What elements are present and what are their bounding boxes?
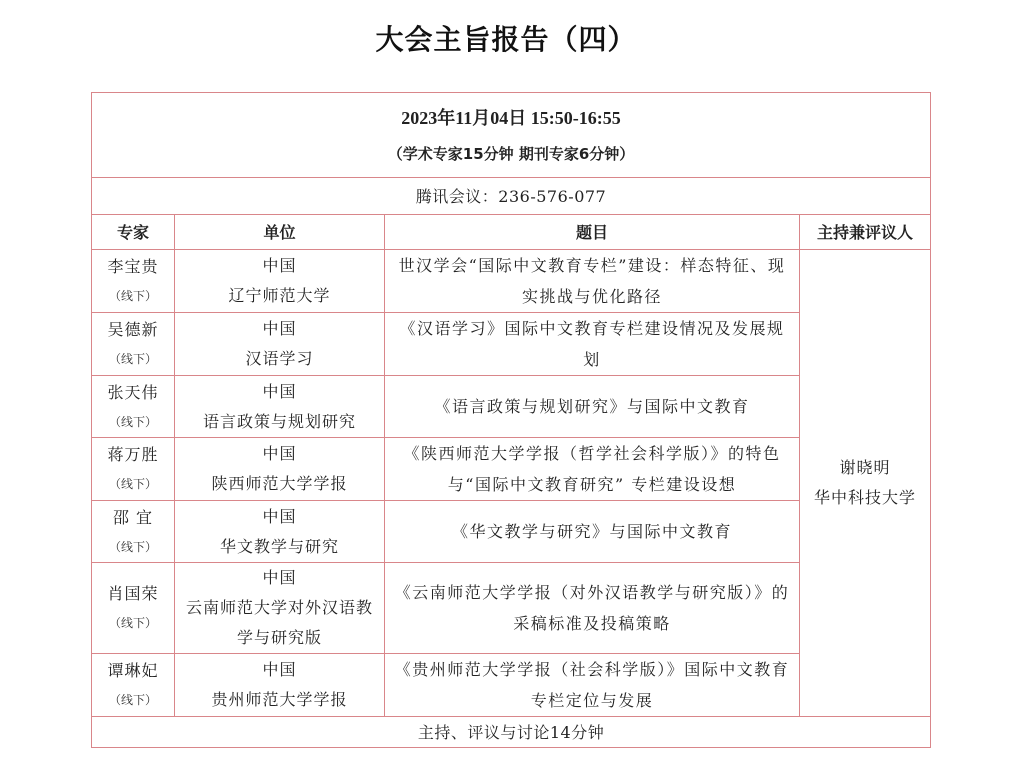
header-topic: 题目 (385, 215, 800, 250)
topic-cell: 《陕西师范大学学报（哲学社会科学版）》的特色与“国际中文教育研究” 专栏建设设想 (385, 438, 800, 501)
unit-cell: 中国 语言政策与规划研究 (175, 376, 385, 438)
attendance-mode: （线下） (92, 470, 174, 498)
topic-cell: 《语言政策与规划研究》与国际中文教育 (385, 376, 800, 438)
page-title: 大会主旨报告（四） (0, 18, 1012, 58)
unit-country: 中国 (175, 314, 384, 344)
expert-name: 邵 宜 (92, 503, 174, 533)
unit-name: 陕西师范大学学报 (175, 469, 384, 499)
topic-cell: 《华文教学与研究》与国际中文教育 (385, 501, 800, 563)
discussion-note: 主持、评议与讨论14分钟 (92, 717, 931, 748)
unit-name: 华文教学与研究 (175, 532, 384, 562)
unit-name: 辽宁师范大学 (175, 281, 384, 311)
unit-cell: 中国 贵州师范大学学报 (175, 654, 385, 717)
expert-cell: 谭琳妃 （线下） (92, 654, 175, 717)
unit-cell: 中国 汉语学习 (175, 313, 385, 376)
expert-name: 蒋万胜 (92, 440, 174, 470)
unit-name: 语言政策与规划研究 (175, 407, 384, 437)
header-host: 主持兼评议人 (800, 215, 931, 250)
topic-cell: 《贵州师范大学学报（社会科学版）》国际中文教育专栏定位与发展 (385, 654, 800, 717)
host-name: 谢晓明 (800, 453, 930, 483)
footer-row: 主持、评议与讨论14分钟 (92, 717, 931, 748)
host-cell: 谢晓明 华中科技大学 (800, 250, 931, 717)
expert-name: 谭琳妃 (92, 656, 174, 686)
expert-cell: 蒋万胜 （线下） (92, 438, 175, 501)
meeting-id: 腾讯会议：236-576-077 (92, 178, 931, 215)
unit-name: 汉语学习 (175, 344, 384, 374)
unit-name: 云南师范大学对外汉语教学与研究版 (175, 593, 384, 653)
unit-country: 中国 (175, 655, 384, 685)
unit-cell: 中国 辽宁师范大学 (175, 250, 385, 313)
attendance-mode: （线下） (92, 408, 174, 436)
table-row: 李宝贵 （线下） 中国 辽宁师范大学 世汉学会“国际中文教育专栏”建设：样态特征… (92, 250, 931, 313)
unit-name: 贵州师范大学学报 (175, 685, 384, 715)
expert-cell: 肖国荣 （线下） (92, 563, 175, 654)
unit-country: 中国 (175, 377, 384, 407)
session-info-row: 2023年11月04日 15:50-16:55 （学术专家15分钟 期刊专家6分… (92, 93, 931, 178)
unit-country: 中国 (175, 502, 384, 532)
attendance-mode: （线下） (92, 345, 174, 373)
attendance-mode: （线下） (92, 686, 174, 714)
expert-cell: 吴德新 （线下） (92, 313, 175, 376)
header-unit: 单位 (175, 215, 385, 250)
attendance-mode: （线下） (92, 282, 174, 310)
session-time-rule: （学术专家15分钟 期刊专家6分钟） (92, 137, 930, 171)
header-expert: 专家 (92, 215, 175, 250)
expert-cell: 邵 宜 （线下） (92, 501, 175, 563)
topic-cell: 世汉学会“国际中文教育专栏”建设：样态特征、现实挑战与优化路径 (385, 250, 800, 313)
expert-cell: 张天伟 （线下） (92, 376, 175, 438)
topic-cell: 《汉语学习》国际中文教育专栏建设情况及发展规划 (385, 313, 800, 376)
session-datetime: 2023年11月04日 15:50-16:55 (92, 99, 930, 137)
expert-name: 肖国荣 (92, 579, 174, 609)
unit-country: 中国 (175, 563, 384, 593)
attendance-mode: （线下） (92, 609, 174, 637)
unit-cell: 中国 云南师范大学对外汉语教学与研究版 (175, 563, 385, 654)
unit-cell: 中国 华文教学与研究 (175, 501, 385, 563)
unit-cell: 中国 陕西师范大学学报 (175, 438, 385, 501)
session-datetime-cell: 2023年11月04日 15:50-16:55 （学术专家15分钟 期刊专家6分… (92, 93, 931, 178)
expert-cell: 李宝贵 （线下） (92, 250, 175, 313)
meeting-row: 腾讯会议：236-576-077 (92, 178, 931, 215)
topic-cell: 《云南师范大学学报（对外汉语教学与研究版）》的采稿标准及投稿策略 (385, 563, 800, 654)
unit-country: 中国 (175, 251, 384, 281)
expert-name: 李宝贵 (92, 252, 174, 282)
expert-name: 张天伟 (92, 378, 174, 408)
unit-country: 中国 (175, 439, 384, 469)
header-row: 专家 单位 题目 主持兼评议人 (92, 215, 931, 250)
attendance-mode: （线下） (92, 533, 174, 561)
host-unit: 华中科技大学 (800, 483, 930, 513)
expert-name: 吴德新 (92, 315, 174, 345)
schedule-table: 2023年11月04日 15:50-16:55 （学术专家15分钟 期刊专家6分… (91, 92, 931, 748)
